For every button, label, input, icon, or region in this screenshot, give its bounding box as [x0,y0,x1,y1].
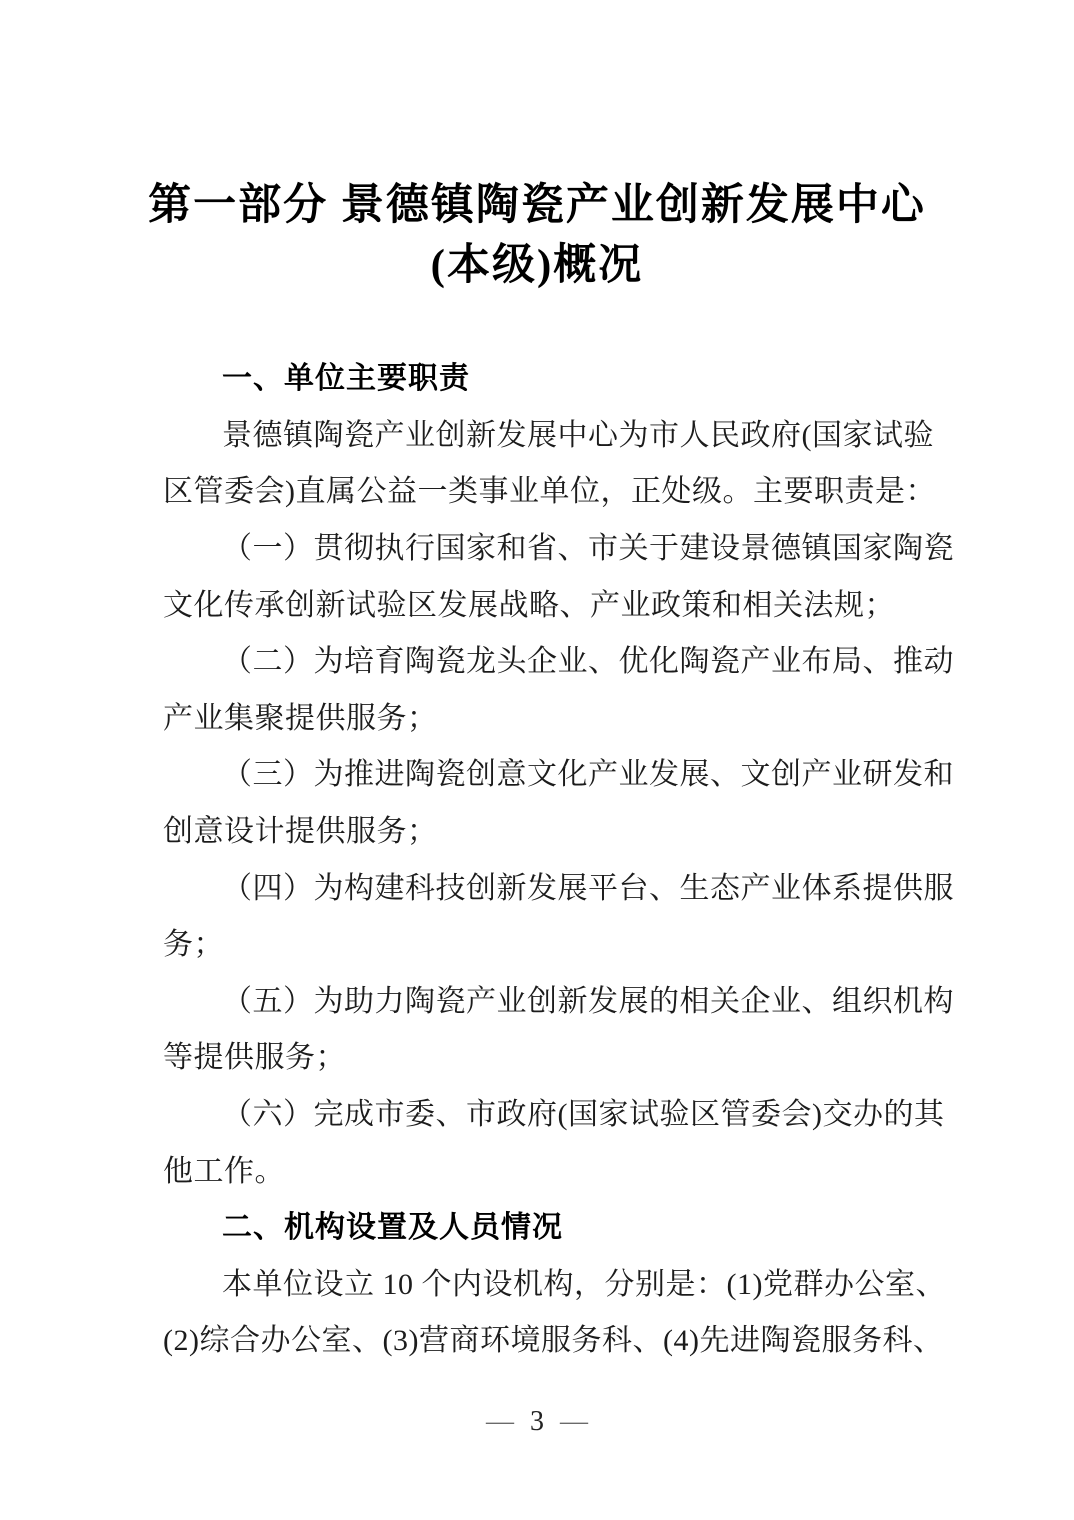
page-footer: —3— [0,1400,1074,1444]
page-number: 3 [530,1406,544,1437]
title-line-1: 第一部分 景德镇陶瓷产业创新发展中心 [0,176,1074,236]
body-line: (2)综合办公室、(3)营商环境服务科、(4)先进陶瓷服务科、 [163,1309,933,1366]
section-heading-1: 一、单位主要职责 [163,347,933,404]
footer-dash-right: — [560,1406,588,1437]
document-title: 第一部分 景德镇陶瓷产业创新发展中心 (本级)概况 [0,176,1074,296]
body-line: 产业集聚提供服务； [163,687,933,744]
body-line: 本单位设立 10 个内设机构，分别是：(1)党群办公室、 [163,1253,933,1310]
body-line: 景德镇陶瓷产业创新发展中心为市人民政府(国家试验 [163,404,933,461]
body-line: （五）为助力陶瓷产业创新发展的相关企业、组织机构 [163,970,933,1027]
body-line: 他工作。 [163,1139,933,1196]
body-line: 等提供服务； [163,1026,933,1083]
body-line: 创意设计提供服务； [163,800,933,857]
body-line: 区管委会)直属公益一类事业单位，正处级。主要职责是： [163,460,933,517]
body-line: （四）为构建科技创新发展平台、生态产业体系提供服 [163,856,933,913]
title-line-2: (本级)概况 [0,236,1074,296]
body-line: （三）为推进陶瓷创意文化产业发展、文创产业研发和 [163,743,933,800]
body-line: （二）为培育陶瓷龙头企业、优化陶瓷产业布局、推动 [163,630,933,687]
footer-dash-left: — [486,1406,514,1437]
body-line: （一）贯彻执行国家和省、市关于建设景德镇国家陶瓷 [163,517,933,574]
document-page: 第一部分 景德镇陶瓷产业创新发展中心 (本级)概况 一、单位主要职责 景德镇陶瓷… [0,0,1074,1520]
body-line: （六）完成市委、市政府(国家试验区管委会)交办的其 [163,1083,933,1140]
body-line: 文化传承创新试验区发展战略、产业政策和相关法规； [163,573,933,630]
body-line: 务； [163,913,933,970]
section-heading-2: 二、机构设置及人员情况 [163,1196,933,1253]
document-body: 一、单位主要职责 景德镇陶瓷产业创新发展中心为市人民政府(国家试验 区管委会)直… [163,347,933,1366]
